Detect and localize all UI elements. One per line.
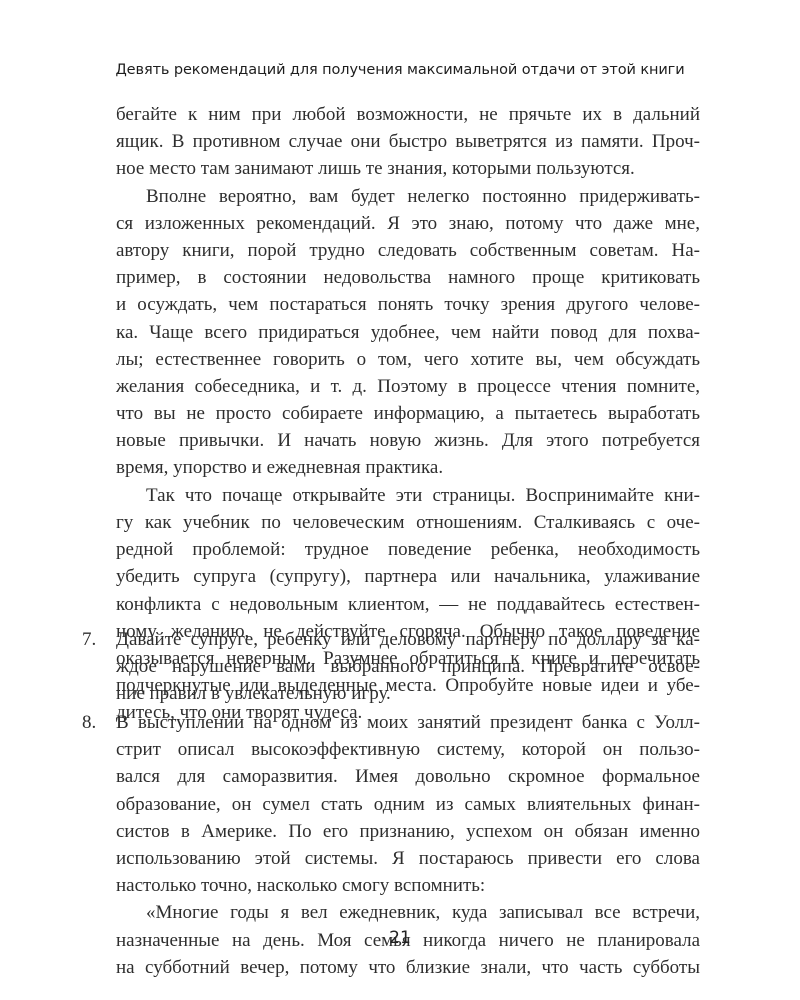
paragraph-advice-difficulty: Вполне вероятно, вам будет нелегко посто… (116, 183, 700, 482)
text-line: Вполне вероятно, вам будет нелегко посто… (116, 183, 700, 210)
list-item-7: 7. Давайте супруге, ребенку или деловому… (82, 626, 700, 708)
text-line: убедить супруга (супругу), партнера или … (116, 563, 700, 590)
text-line: систов в Америке. По его признанию, успе… (116, 818, 700, 845)
text-line: автору книги, порой трудно следовать соб… (116, 237, 700, 264)
list-number: 8. (82, 709, 112, 736)
text-line: гу как учебник по человеческим отношения… (116, 509, 700, 536)
text-line: ждое нарушение вами выбранного принципа.… (116, 653, 700, 680)
paragraph-continuation: бегайте к ним при любой возможности, не … (116, 101, 700, 183)
text-line: и осуждать, чем постараться понять точку… (116, 291, 700, 318)
text-line: использованию этой системы. Я постараюсь… (116, 845, 700, 872)
text-line: ние правил в увлекательную игру. (116, 680, 700, 707)
text-line: стрит описал высокоэффективную систему, … (116, 736, 700, 763)
text-line: время, упорство и ежедневная практика. (116, 454, 700, 481)
text-line: ное место там занимают лишь те знания, к… (116, 155, 700, 182)
quote-line: на субботний вечер, потому что близкие з… (116, 954, 700, 981)
text-line: пример, в состоянии недовольства намного… (116, 264, 700, 291)
running-head: Девять рекомендаций для получения максим… (0, 62, 800, 78)
text-line: образование, он сумел стать одним из сам… (116, 791, 700, 818)
text-line: редной проблемой: трудное поведение ребе… (116, 536, 700, 563)
text-line: ся изложенных рекомендаций. Я это знаю, … (116, 210, 700, 237)
text-line: Так что почаще открывайте эти страницы. … (116, 482, 700, 509)
text-line: Давайте супруге, ребенку или деловому па… (116, 626, 700, 653)
text-line: вался для саморазвития. Имея довольно ск… (116, 763, 700, 790)
text-line: желания собеседника, и т. д. Поэтому в п… (116, 373, 700, 400)
quote-line: «Многие годы я вел ежедневник, куда запи… (116, 899, 700, 926)
text-line: ка. Чаще всего придираться удобнее, чем … (116, 319, 700, 346)
page-number: 21 (0, 928, 800, 948)
text-line: новые привычки. И начать новую жизнь. Дл… (116, 427, 700, 454)
text-line: конфликта с недовольным клиентом, — не п… (116, 591, 700, 618)
text-line: В выступлении на одном из моих занятий п… (116, 709, 700, 736)
text-line: настолько точно, насколько смогу вспомни… (116, 872, 700, 899)
text-line: лы; естественнее говорить о том, чего хо… (116, 346, 700, 373)
list-number: 7. (82, 626, 112, 653)
text-line: бегайте к ним при любой возможности, не … (116, 101, 700, 128)
text-line: ящик. В противном случае они быстро выве… (116, 128, 700, 155)
text-line: что вы не просто собираете информацию, а… (116, 400, 700, 427)
